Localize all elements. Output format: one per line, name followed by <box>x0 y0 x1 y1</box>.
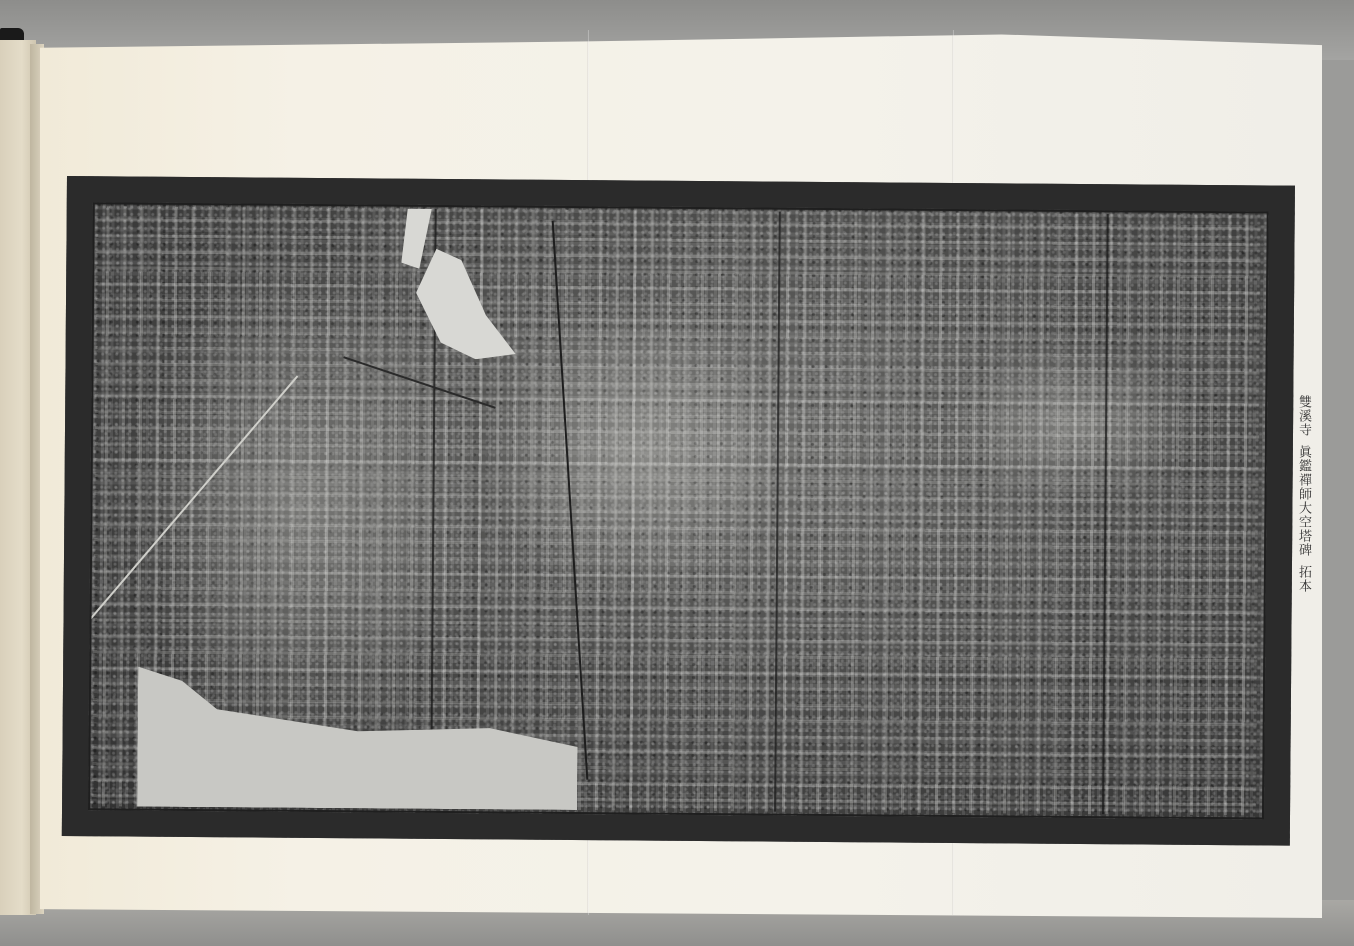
caption-title: 眞鑑禪師大空塔碑 <box>1289 445 1313 557</box>
rubbing-light-area <box>944 343 1205 505</box>
caption-type: 拓本 <box>1289 565 1313 593</box>
caption-temple: 雙溪寺 <box>1289 395 1313 437</box>
rubbing-light-area <box>484 299 786 601</box>
plate-caption: 雙溪寺 眞鑑禪師大空塔碑 拓本 <box>1289 395 1313 605</box>
inscription-rubbing-image <box>62 176 1295 846</box>
